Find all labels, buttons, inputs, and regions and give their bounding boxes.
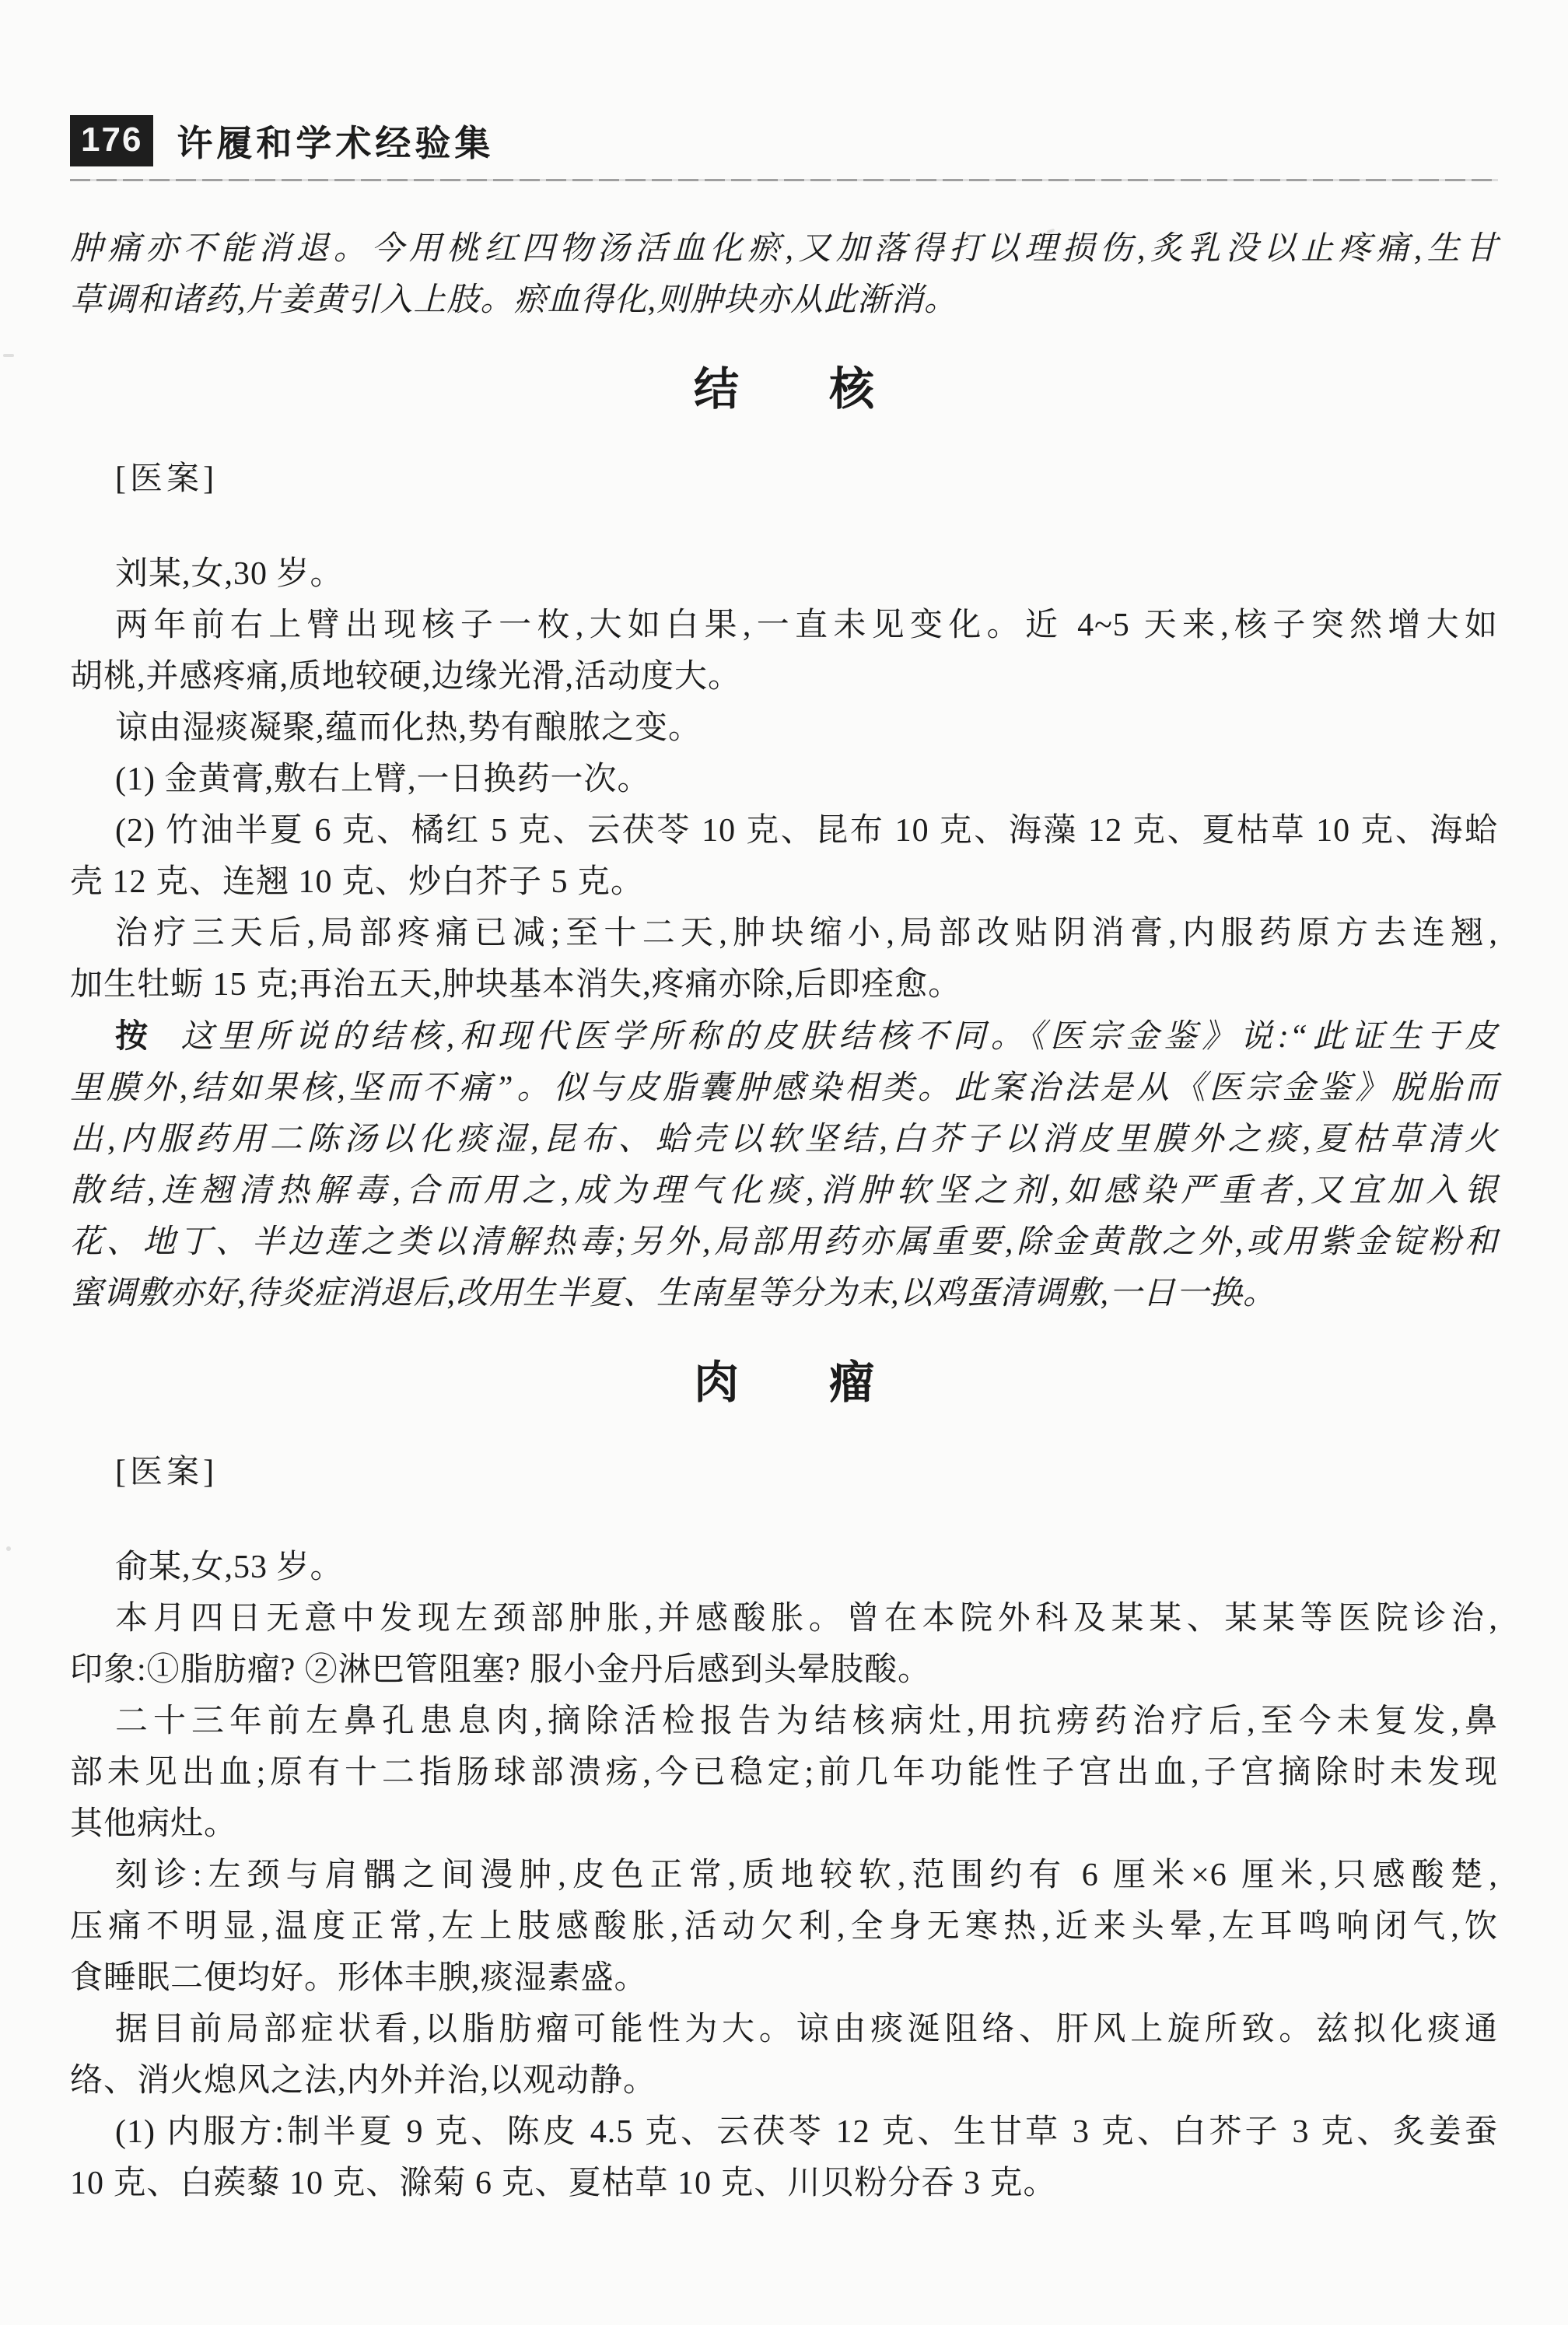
book-page: 176 许履和学术经验集 肿痛亦不能消退。今用桃红四物汤活血化瘀,又加落得打以理… [0, 0, 1568, 2325]
text-line: 二十三年前左鼻孔患息肉,摘除活检报告为结核病灶,用抗痨药治疗后,至今未复发,鼻 [70, 1696, 1498, 1747]
text-line: 据目前局部症状看,以脂肪瘤可能性为大。谅由痰涎阻络、肝风上旋所致。兹拟化痰通 [70, 2004, 1498, 2055]
commentary-lead-char: 按 [115, 1017, 153, 1054]
text-line: 10 克、白蒺藜 10 克、滁菊 6 克、夏枯草 10 克、川贝粉分吞 3 克。 [70, 2158, 1498, 2209]
section-title: 结核 [70, 357, 1498, 422]
text-line: 蜜调敷亦好,待炎症消退后,改用生半夏、生南星等分为末,以鸡蛋清调敷,一日一换。 [70, 1268, 1498, 1319]
book-title: 许履和学术经验集 [177, 115, 494, 166]
page-header: 176 许履和学术经验集 [70, 115, 1498, 166]
text-line: 印象:①脂肪瘤? ②淋巴管阻塞? 服小金丹后感到头晕肢酸。 [70, 1644, 1498, 1696]
text-line: 刘某,女,30 岁。 [70, 548, 1498, 600]
text-line: 花、地丁、半边莲之类以清解热毒;另外,局部用药亦属重要,除金黄散之外,或用紫金锭… [70, 1217, 1498, 1268]
text-line: 部未见出血;原有十二指肠球部溃疡,今已稳定;前几年功能性子宫出血,子宫摘除时未发… [70, 1747, 1498, 1798]
text-line: (1) 内服方:制半夏 9 克、陈皮 4.5 克、云茯苓 12 克、生甘草 3 … [70, 2106, 1498, 2158]
text-line: 壳 12 克、连翘 10 克、炒白芥子 5 克。 [70, 856, 1498, 908]
text-line: 治疗三天后,局部疼痛已减;至十二天,肿块缩小,局部改贴阴消膏,内服药原方去连翘, [70, 908, 1498, 959]
text-line: 其他病灶。 [70, 1798, 1498, 1850]
page-body: 肿痛亦不能消退。今用桃红四物汤活血化瘀,又加落得打以理损伤,炙乳没以止疼痛,生甘… [70, 223, 1498, 2209]
scan-artifact [6, 1546, 11, 1551]
text-line: 加生牡蛎 15 克;再治五天,肿块基本消失,疼痛亦除,后即痊愈。 [70, 959, 1498, 1010]
text-line: 出,内服药用二陈汤以化痰湿,昆布、蛤壳以软坚结,白芥子以消皮里膜外之痰,夏枯草清… [70, 1114, 1498, 1165]
text-line: 肿痛亦不能消退。今用桃红四物汤活血化瘀,又加落得打以理损伤,炙乳没以止疼痛,生甘 [70, 223, 1498, 275]
text-line: 刻诊:左颈与肩髃之间漫肿,皮色正常,质地较软,范围约有 6 厘米×6 厘米,只感… [70, 1850, 1498, 1901]
text-line: 食睡眠二便均好。形体丰腴,痰湿素盛。 [70, 1952, 1498, 2004]
case-label: [医案] [70, 453, 1498, 505]
text-line: 胡桃,并感疼痛,质地较硬,边缘光滑,活动度大。 [70, 651, 1498, 702]
section-title: 肉瘤 [70, 1350, 1498, 1416]
text-line: 压痛不明显,温度正常,左上肢感酸胀,活动欠利,全身无寒热,近来头晕,左耳鸣响闭气… [70, 1901, 1498, 1952]
header-rule [70, 179, 1498, 181]
page-number-badge: 176 [70, 115, 153, 166]
text-line: (2) 竹油半夏 6 克、橘红 5 克、云茯苓 10 克、昆布 10 克、海藻 … [70, 805, 1498, 856]
scan-artifact [3, 354, 14, 357]
text-line: 草调和诸药,片姜黄引入上肢。瘀血得化,则肿块亦从此渐消。 [70, 275, 1498, 326]
text-line: 里膜外,结如果核,坚而不痛”。似与皮脂囊肿感染相类。此案治法是从《医宗金鉴》脱胎… [70, 1063, 1498, 1114]
text-line: 散结,连翘清热解毒,合而用之,成为理气化痰,消肿软坚之剂,如感染严重者,又宜加入… [70, 1165, 1498, 1217]
text-line: 两年前右上臂出现核子一枚,大如白果,一直未见变化。近 4~5 天来,核子突然增大… [70, 600, 1498, 651]
text-line: (1) 金黄膏,敷右上臂,一日换药一次。 [70, 754, 1498, 805]
case-label: [医案] [70, 1447, 1498, 1498]
text-line: 络、消火熄风之法,内外并治,以观动静。 [70, 2055, 1498, 2106]
text-line: 俞某,女,53 岁。 [70, 1542, 1498, 1593]
text-line: 按这里所说的结核,和现代医学所称的皮肤结核不同。《医宗金鉴》说:“此证生于皮 [70, 1010, 1498, 1063]
text-line: 本月四日无意中发现左颈部肿胀,并感酸胀。曾在本院外科及某某、某某等医院诊治, [70, 1593, 1498, 1644]
text-line: 谅由湿痰凝聚,蕴而化热,势有酿脓之变。 [70, 702, 1498, 754]
